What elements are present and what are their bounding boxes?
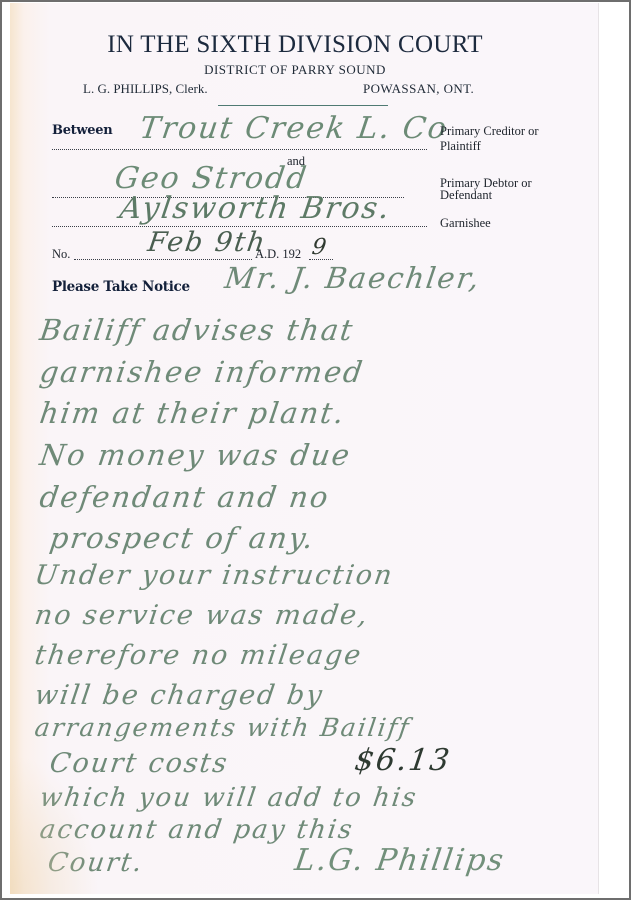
please-take-notice-label: Please Take Notice xyxy=(52,279,190,295)
plaintiff-label-2: Plaintiff xyxy=(440,140,481,153)
court-title: IN THE SIXTH DIVISION COURT xyxy=(10,31,580,59)
letter-line-10: therefore no mileage xyxy=(33,640,365,671)
letter-line-3: garnishee informed xyxy=(38,355,367,389)
letter-line-16: Court. xyxy=(46,848,146,878)
plaintiff-line xyxy=(52,149,427,150)
court-notice-document: IN THE SIXTH DIVISION COURT DISTRICT OF … xyxy=(10,3,598,894)
ad-year-label: A.D. 192 xyxy=(255,247,301,262)
letter-line-14: which you will add to his xyxy=(38,783,420,813)
between-label: Between xyxy=(52,123,112,138)
letter-line-2: Bailiff advises that xyxy=(38,313,357,347)
date-handwritten: Feb 9th xyxy=(146,227,269,258)
clerk-name: L. G. PHILLIPS, Clerk. xyxy=(83,81,208,97)
plaintiff-label-1: Primary Creditor or xyxy=(440,125,539,138)
garnishee-handwritten: Aylsworth Bros. xyxy=(118,191,394,226)
garnishee-label: Garnishee xyxy=(440,217,491,230)
number-label: No. xyxy=(52,247,70,262)
header-divider xyxy=(218,105,388,106)
letter-line-6: defendant and no xyxy=(38,480,332,514)
district-name: DISTRICT OF PARRY SOUND xyxy=(10,62,580,78)
year-digit-handwritten: 9 xyxy=(310,235,330,260)
number-date-line xyxy=(74,259,252,260)
letter-line-8: Under your instruction xyxy=(33,560,396,591)
letter-line-1: Mr. J. Baechler, xyxy=(223,261,483,295)
letter-line-11: will be charged by xyxy=(33,680,326,711)
letter-line-12: arrangements with Bailiff xyxy=(33,713,412,742)
letter-line-7: prospect of any. xyxy=(48,521,318,555)
letter-line-5: No money was due xyxy=(38,438,354,472)
scan-margin xyxy=(598,3,628,894)
defendant-label-2: Defendant xyxy=(440,189,492,202)
court-costs-amount: $6.13 xyxy=(353,743,454,778)
plaintiff-handwritten: Trout Creek L. Co xyxy=(138,111,451,146)
letter-line-15: account and pay this xyxy=(38,815,356,845)
court-location: POWASSAN, ONT. xyxy=(363,81,474,97)
letter-line-9: no service was made, xyxy=(33,600,371,631)
clerk-signature: L.G. Phillips xyxy=(293,843,508,878)
letter-line-4: him at their plant. xyxy=(38,396,348,430)
letter-line-13: Court costs xyxy=(48,748,231,779)
